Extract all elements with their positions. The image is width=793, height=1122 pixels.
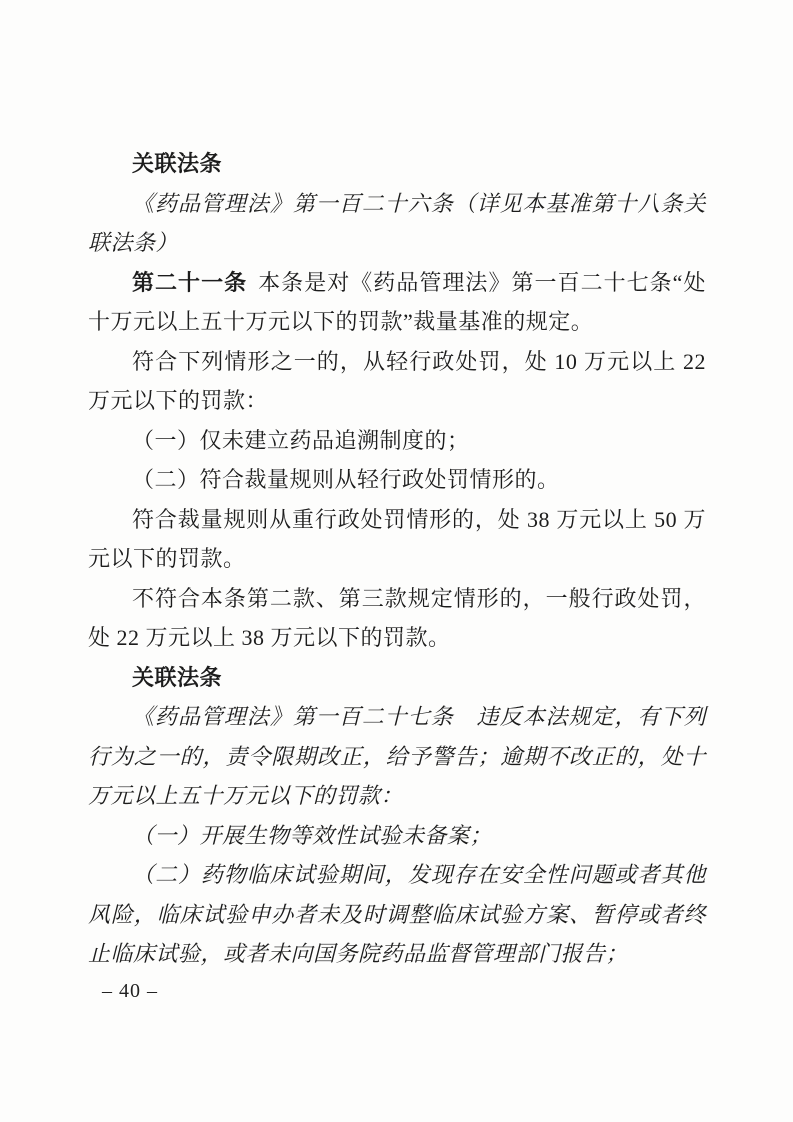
- law-quote-article-126: 《药品管理法》第一百二十六条（详见本基准第十八条关联法条）: [88, 184, 706, 263]
- article-21-paragraph: 第二十一条本条是对《药品管理法》第一百二十七条“处十万元以上五十万元以下的罚款”…: [88, 263, 706, 342]
- severe-penalty-paragraph: 符合裁量规则从重行政处罚情形的，处 38 万元以上 50 万元以下的罚款。: [88, 500, 706, 579]
- lenient-item-2: （二）符合裁量规则从轻行政处罚情形的。: [88, 460, 706, 500]
- law-quote-article-127: 《药品管理法》第一百二十七条 违反本法规定，有下列行为之一的，责令限期改正，给予…: [88, 697, 706, 816]
- general-penalty-paragraph: 不符合本条第二款、第三款规定情形的，一般行政处罚，处 22 万元以上 38 万元…: [88, 579, 706, 658]
- document-body: 关联法条 《药品管理法》第一百二十六条（详见本基准第十八条关联法条） 第二十一条…: [88, 144, 706, 974]
- law-quote-item-1: （一）开展生物等效性试验未备案；: [88, 816, 706, 856]
- lenient-penalty-paragraph: 符合下列情形之一的，从轻行政处罚，处 10 万元以上 22 万元以下的罚款：: [88, 342, 706, 421]
- related-articles-heading: 关联法条: [88, 144, 706, 184]
- lenient-item-1: （一）仅未建立药品追溯制度的；: [88, 421, 706, 461]
- document-page: 关联法条 《药品管理法》第一百二十六条（详见本基准第十八条关联法条） 第二十一条…: [0, 0, 793, 1122]
- related-articles-heading: 关联法条: [88, 658, 706, 698]
- law-quote-item-2: （二）药物临床试验期间，发现存在安全性问题或者其他风险，临床试验申办者未及时调整…: [88, 855, 706, 974]
- page-number: – 40 –: [102, 978, 158, 1004]
- article-21-number: 第二十一条: [132, 270, 247, 295]
